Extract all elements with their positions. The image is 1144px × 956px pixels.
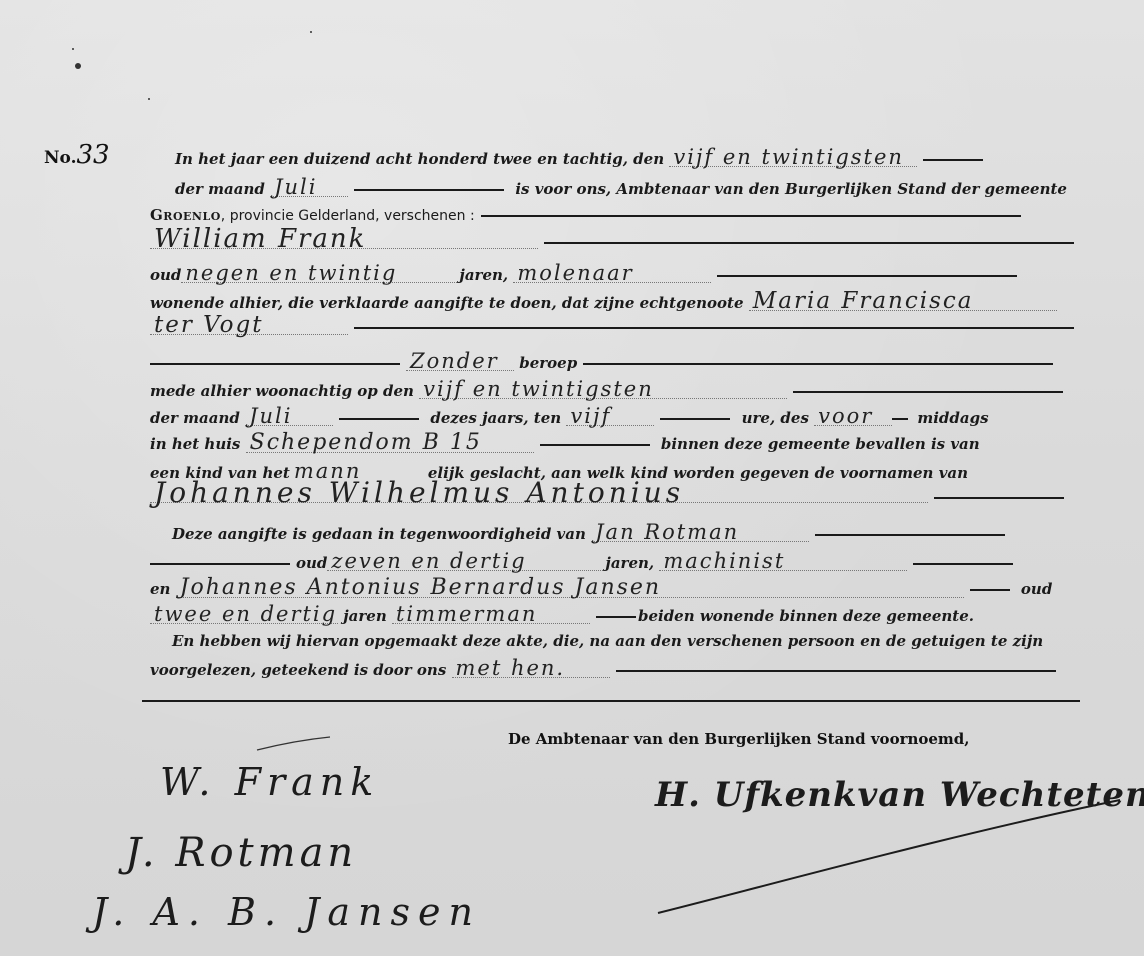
printed-text: middags	[917, 409, 988, 427]
handwritten-witness-1-name: Jan Rotman	[591, 523, 809, 542]
line-2: der maand Juli is voor ons, Ambtenaar va…	[175, 178, 1067, 198]
handwritten-month-2: Juli	[245, 407, 333, 426]
handwritten-mother-occupation: Zonder	[406, 352, 514, 371]
closing-statement: De Ambtenaar van den Burgerlijken Stand …	[508, 730, 970, 748]
fill-rule	[150, 363, 400, 365]
line-13: Johannes Wilhelmus Antonius	[150, 484, 1070, 506]
handwritten-declarant-occupation: molenaar	[513, 264, 711, 283]
printed-text: mede alhier woonachtig op den	[150, 382, 414, 400]
fill-rule	[934, 497, 1064, 499]
fill-rule	[354, 189, 504, 191]
line-16: en Johannes Antonius Bernardus Jansen ou…	[150, 579, 1052, 598]
fill-rule	[660, 418, 730, 420]
line-15: oudzeven en dertigjaren, machinist	[150, 552, 1019, 572]
handwritten-declarant-name: William Frank	[150, 230, 538, 249]
fill-rule	[354, 327, 1074, 329]
printed-text: jaren	[343, 607, 387, 625]
printed-text: der maand	[150, 409, 240, 427]
line-6: wonende alhier, die verklaarde aangifte …	[150, 292, 1057, 312]
signature-flourish	[650, 795, 1130, 925]
handwritten-month: Juli	[270, 178, 348, 197]
fill-rule	[544, 242, 1074, 244]
fill-rule	[815, 534, 1005, 536]
printed-text: jaren,	[605, 554, 654, 572]
act-number-label: No.	[44, 148, 77, 168]
handwritten-witness-2-name: Johannes Antonius Bernardus Jansen	[176, 579, 964, 598]
line-18: En hebben wij hiervan opgemaakt deze akt…	[172, 632, 1043, 650]
fill-rule	[717, 275, 1017, 277]
fill-rule	[540, 444, 650, 446]
fill-rule	[923, 159, 983, 161]
fill-rule	[913, 563, 1013, 565]
fill-rule	[150, 563, 290, 565]
line-5: oudnegen en twintigjaren, molenaar	[150, 264, 1023, 284]
printed-text: dezes jaars, ten	[430, 409, 561, 427]
handwritten-birth-hour: vijf	[566, 407, 654, 426]
signature-witness-1: J. Rotman	[125, 830, 357, 876]
printed-text: jaren,	[459, 266, 508, 284]
handwritten-declarant-age: negen en twintig	[181, 264, 459, 283]
line-9: mede alhier woonachtig op den vijf en tw…	[150, 380, 1069, 400]
line-17: twee en dertig jaren timmermanbeiden won…	[150, 605, 974, 625]
printed-text: en	[150, 580, 170, 598]
printed-text: beroep	[519, 354, 577, 372]
printed-text: voorgelezen, geteekend is door ons	[150, 661, 446, 679]
fill-rule	[970, 589, 1010, 591]
handwritten-birth-house: Schependom B 15	[246, 434, 534, 453]
handwritten-signed-with: met hen.	[452, 659, 610, 678]
line-10: der maand Juli dezes jaars, ten vijf ure…	[150, 407, 989, 427]
ink-speck	[72, 48, 74, 50]
handwritten-witness-2-age: twee en dertig	[150, 605, 338, 624]
printed-text: Deze aangifte is gedaan in tegenwoordigh…	[172, 525, 586, 543]
handwritten-child-names: Johannes Wilhelmus Antonius	[150, 484, 928, 503]
fill-rule	[892, 418, 908, 420]
line-3: Groenlo, provincie Gelderland, verschene…	[150, 206, 1027, 224]
fill-rule	[793, 391, 1063, 393]
fill-rule	[583, 363, 1053, 365]
printed-text: der maand	[175, 180, 265, 198]
printed-text: Ambtenaar van den Burgerlijken Stand der…	[616, 180, 1067, 198]
fill-rule	[339, 418, 419, 420]
printed-text: In het jaar een duizend acht honderd twe…	[175, 150, 664, 168]
fill-rule	[596, 616, 636, 618]
handwritten-day-part: voor	[814, 407, 892, 426]
ink-speck	[310, 31, 312, 33]
printed-text: beiden wonende binnen deze gemeente.	[638, 607, 974, 625]
signature-witness-2: J. A. B. Jansen	[92, 890, 481, 934]
printed-text: En hebben wij hiervan opgemaakt deze akt…	[172, 632, 1043, 650]
signature-flourish	[255, 735, 335, 755]
line-8: Zonder beroep	[150, 352, 1059, 372]
act-number-value: 33	[77, 140, 110, 170]
handwritten-witness-1-occupation: machinist	[659, 552, 907, 571]
printed-text: , provincie Gelderland, verschenen :	[221, 208, 475, 224]
printed-text: is voor ons,	[515, 180, 611, 198]
printed-text: ure, des	[742, 409, 809, 427]
line-1: In het jaar een duizend acht honderd twe…	[175, 148, 989, 168]
line-11: in het huis Schependom B 15 binnen deze …	[150, 434, 980, 453]
line-7: ter Vogt	[150, 316, 1080, 336]
handwritten-witness-1-age: zeven en dertig	[327, 552, 605, 571]
printed-text: oud	[150, 266, 181, 284]
closing-rule	[142, 700, 1080, 702]
line-14: Deze aangifte is gedaan in tegenwoordigh…	[172, 523, 1011, 543]
printed-text: in het huis	[150, 435, 240, 453]
line-19: voorgelezen, geteekend is door ons met h…	[150, 659, 1062, 679]
printed-text: binnen deze gemeente bevallen is van	[661, 435, 980, 453]
printed-text: wonende alhier, die verklaarde aangifte …	[150, 294, 744, 312]
line-4: William Frank	[150, 230, 1080, 251]
printed-text: oud	[296, 554, 327, 572]
handwritten-birth-day-2: vijf en twintigsten	[419, 380, 787, 399]
ink-speck	[148, 98, 150, 100]
handwritten-mother-first-names: Maria Francisca	[749, 292, 1057, 311]
signature-declarant: W. Frank	[160, 760, 379, 804]
handwritten-birth-day: vijf en twintigsten	[669, 148, 917, 167]
handwritten-witness-2-occupation: timmerman	[392, 605, 590, 624]
printed-text: oud	[1021, 580, 1052, 598]
handwritten-mother-surname: ter Vogt	[150, 316, 348, 335]
fill-rule	[481, 215, 1021, 217]
ink-speck	[75, 63, 81, 69]
document-page: No.33 In het jaar een duizend acht honde…	[0, 0, 1144, 956]
act-number: No.33	[44, 140, 110, 170]
fill-rule	[616, 670, 1056, 672]
municipality-name: Groenlo	[150, 206, 221, 224]
